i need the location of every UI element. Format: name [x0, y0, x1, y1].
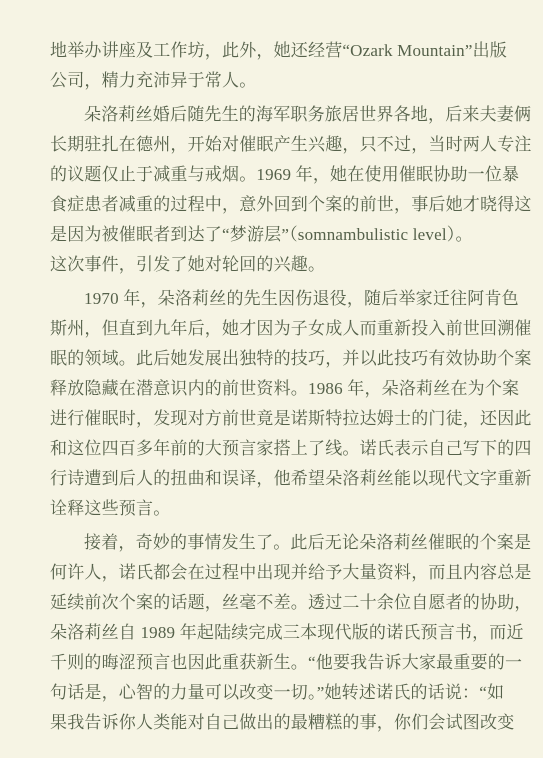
text-line: 斯州，但直到九年后，她才因为子女成人而重新投入前世回溯催 — [50, 314, 505, 344]
paragraph: 接着，奇妙的事情发生了。此后无论朵洛莉丝催眠的个案是 何许人，诺氏都会在过程中出… — [50, 528, 505, 738]
text-line: 何许人，诺氏都会在过程中出现并给予大量资料，而且内容总是 — [50, 558, 505, 588]
paragraph: 1970 年，朵洛莉丝的先生因伤退役，随后举家迁往阿肯色 斯州，但直到九年后，她… — [50, 284, 505, 524]
text-line: 接着，奇妙的事情发生了。此后无论朵洛莉丝催眠的个案是 — [50, 528, 505, 558]
text-line: 延续前次个案的话题，丝毫不差。透过二十余位自愿者的协助， — [50, 588, 505, 618]
text-line: 行诗遭到后人的扭曲和误译，他希望朵洛莉丝能以现代文字重新 — [50, 464, 505, 494]
text-line: 食症患者减重的过程中，意外回到个案的前世，事后她才晓得这 — [50, 190, 505, 220]
text-line: 1970 年，朵洛莉丝的先生因伤退役，随后举家迁往阿肯色 — [50, 284, 505, 314]
text-line: 长期驻扎在德州，开始对催眠产生兴趣，只不过，当时两人专注 — [50, 130, 505, 160]
text-line: 朵洛莉丝自 1989 年起陆续完成三本现代版的诺氏预言书，而近 — [50, 618, 505, 648]
text-line: 朵洛莉丝婚后随先生的海军职务旅居世界各地，后来夫妻俩 — [50, 100, 505, 130]
text-line: 这次事件，引发了她对轮回的兴趣。 — [50, 250, 505, 280]
paragraph: 朵洛莉丝婚后随先生的海军职务旅居世界各地，后来夫妻俩 长期驻扎在德州，开始对催眠… — [50, 100, 505, 280]
text-line: 的议题仅止于减重与戒烟。1969 年，她在使用催眠协助一位暴 — [50, 160, 505, 190]
text-line: 释放隐藏在潜意识内的前世资料。1986 年，朵洛莉丝在为个案 — [50, 374, 505, 404]
paragraph: 地举办讲座及工作坊，此外，她还经营“Ozark Mountain”出版 公司，精… — [50, 36, 505, 96]
text-line: 公司，精力充沛异于常人。 — [50, 66, 505, 96]
text-line: 和这位四百多年前的大预言家搭上了线。诺氏表示自己写下的四 — [50, 434, 505, 464]
text-line: 千则的晦涩预言也因此重获新生。“他要我告诉大家最重要的一 — [50, 648, 505, 678]
text-line: 是因为被催眠者到达了“梦游层”（somnambulistic level）。 — [50, 220, 505, 250]
text-line: 地举办讲座及工作坊，此外，她还经营“Ozark Mountain”出版 — [50, 36, 505, 66]
reading-page: 地举办讲座及工作坊，此外，她还经营“Ozark Mountain”出版 公司，精… — [0, 0, 543, 758]
text-line: 诠释这些预言。 — [50, 494, 505, 524]
text-line: 眠的领域。此后她发展出独特的技巧，并以此技巧有效协助个案 — [50, 344, 505, 374]
text-line: 进行催眠时，发现对方前世竟是诺斯特拉达姆士的门徒，还因此 — [50, 404, 505, 434]
text-line: 句话是，心智的力量可以改变一切。”她转述诺氏的话说：“如 — [50, 678, 505, 708]
text-line: 果我告诉你人类能对自己做出的最糟糕的事，你们会试图改变 — [50, 708, 505, 738]
